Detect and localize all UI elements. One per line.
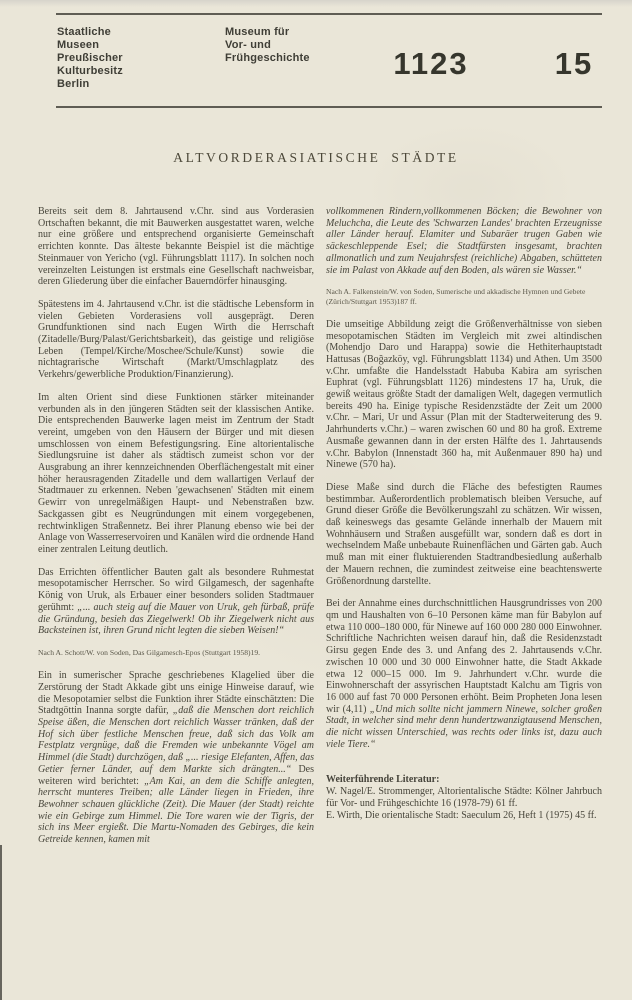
paragraph: Die umseitige Abbildung zeigt die Größen… <box>326 319 602 471</box>
body-text: Bereits seit dem 8. Jahrtausend v.Chr. s… <box>38 206 602 846</box>
paragraph: Spätestens im 4. Jahrtausend v.Chr. ist … <box>38 299 314 381</box>
header-rule-top <box>56 13 602 15</box>
museum-block: Museum für Vor- und Frühgeschichte <box>225 26 310 65</box>
paragraph: Diese Maße sind durch die Fläche des bef… <box>326 482 602 587</box>
literature-item: E. Wirth, Die orientalische Stadt: Saecu… <box>326 810 602 822</box>
body-text-segment: Spätestens im 4. Jahrtausend v.Chr. ist … <box>38 299 314 380</box>
sheet-number: 1123 <box>385 46 477 82</box>
literature-section: Weiterführende Literatur: W. Nagel/E. St… <box>326 774 602 821</box>
quote-text: vollkommenen Rindern,vollkommenen Böcken… <box>326 206 602 276</box>
page-number: 15 <box>545 46 603 82</box>
body-text-segment: Nach A. Falkenstein/W. von Soden, Sumeri… <box>326 287 585 305</box>
column-left: Bereits seit dem 8. Jahrtausend v.Chr. s… <box>38 206 314 846</box>
institution-line: Berlin <box>57 78 123 91</box>
paragraph: Bei der Annahme eines durchschnittlichen… <box>326 598 602 750</box>
museum-line: Museum für <box>225 26 310 39</box>
document-page: Staatliche Museen Preußischer Kulturbesi… <box>0 0 632 1000</box>
quote-text: „... auch steig auf die Mauer von Uruk, … <box>38 602 314 636</box>
body-text-segment: Nach A. Schott/W. von Soden, Das Gilgame… <box>38 648 260 657</box>
header-rule-bottom <box>56 106 602 108</box>
institution-block: Staatliche Museen Preußischer Kulturbesi… <box>57 26 123 91</box>
scan-edge-left <box>0 845 2 1000</box>
museum-line: Frühgeschichte <box>225 52 310 65</box>
paragraph: Im alten Orient sind diese Funktionen st… <box>38 392 314 556</box>
institution-line: Staatliche <box>57 26 123 39</box>
literature-item: W. Nagel/E. Strommenger, Altorientalisch… <box>326 786 602 809</box>
institution-line: Museen <box>57 39 123 52</box>
footnote: Nach A. Schott/W. von Soden, Das Gilgame… <box>38 648 314 657</box>
paragraph: Bereits seit dem 8. Jahrtausend v.Chr. s… <box>38 206 314 288</box>
body-text-segment: Diese Maße sind durch die Fläche des bef… <box>326 482 602 587</box>
museum-line: Vor- und <box>225 39 310 52</box>
body-text-segment: Bereits seit dem 8. Jahrtausend v.Chr. s… <box>38 206 314 287</box>
body-text-segment: Bei der Annahme eines durchschnittlichen… <box>326 598 602 714</box>
paragraph: Ein in sumerischer Sprache geschriebenes… <box>38 670 314 846</box>
literature-heading: Weiterführende Literatur: <box>326 774 602 786</box>
institution-line: Preußischer <box>57 52 123 65</box>
body-text-segment: Im alten Orient sind diese Funktionen st… <box>38 392 314 555</box>
body-text-segment: Die umseitige Abbildung zeigt die Größen… <box>326 319 602 470</box>
paragraph: Das Errichten öffentlicher Bauten galt a… <box>38 567 314 637</box>
paragraph: vollkommenen Rindern,vollkommenen Böcken… <box>326 206 602 276</box>
footnote: Nach A. Falkenstein/W. von Soden, Sumeri… <box>326 287 602 306</box>
page-title: ALTVORDERASIATISCHE STÄDTE <box>0 150 632 166</box>
institution-line: Kulturbesitz <box>57 65 123 78</box>
scan-edge-top <box>0 0 632 7</box>
column-right: vollkommenen Rindern,vollkommenen Böcken… <box>326 206 602 846</box>
